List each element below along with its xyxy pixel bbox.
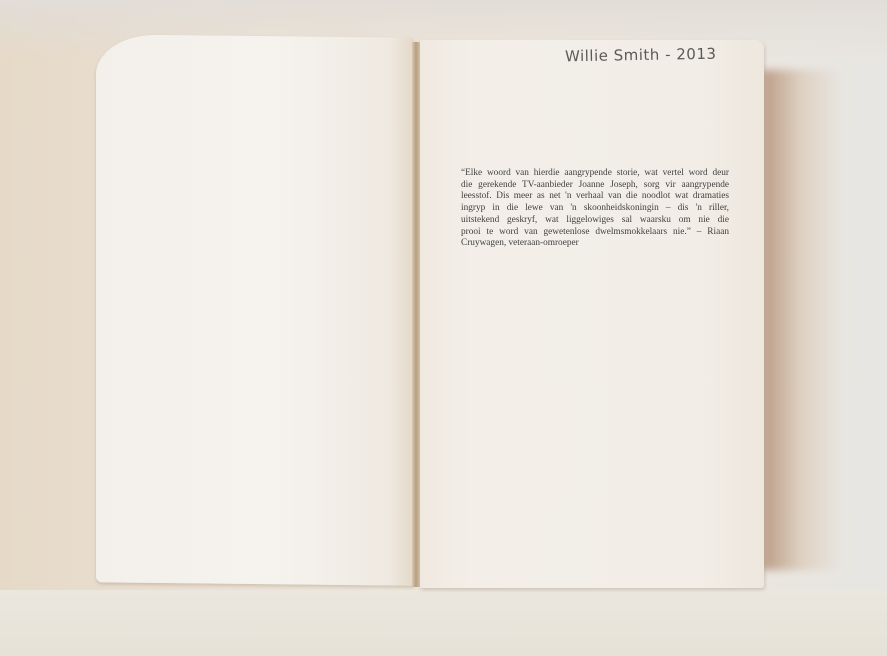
quote-attribution-line: Cruywagen, veteraan-omroeper — [461, 238, 729, 250]
quote-line: “Elke woord van hierdie aangrypende stor… — [461, 168, 729, 180]
book-shadow — [762, 70, 842, 570]
quote-line: leesstof. Dis meer as net 'n verhaal van… — [461, 191, 729, 203]
right-page — [420, 40, 764, 588]
book-quote: “Elke woord van hierdie aangrypende stor… — [461, 168, 729, 250]
quote-line: prooi te word van gewetenlose dwelmsmokk… — [461, 227, 729, 239]
background-surface — [0, 590, 887, 656]
left-page — [96, 34, 414, 585]
quote-line: die gerekende TV-aanbieder Joanne Joseph… — [461, 180, 729, 192]
quote-line: ingryp in die lewe van 'n skoonheidskoni… — [461, 203, 729, 215]
handwritten-inscription: Willie Smith - 2013 — [565, 45, 717, 66]
quote-line: uitstekend geskryf, wat liggelowiges sal… — [461, 215, 729, 227]
